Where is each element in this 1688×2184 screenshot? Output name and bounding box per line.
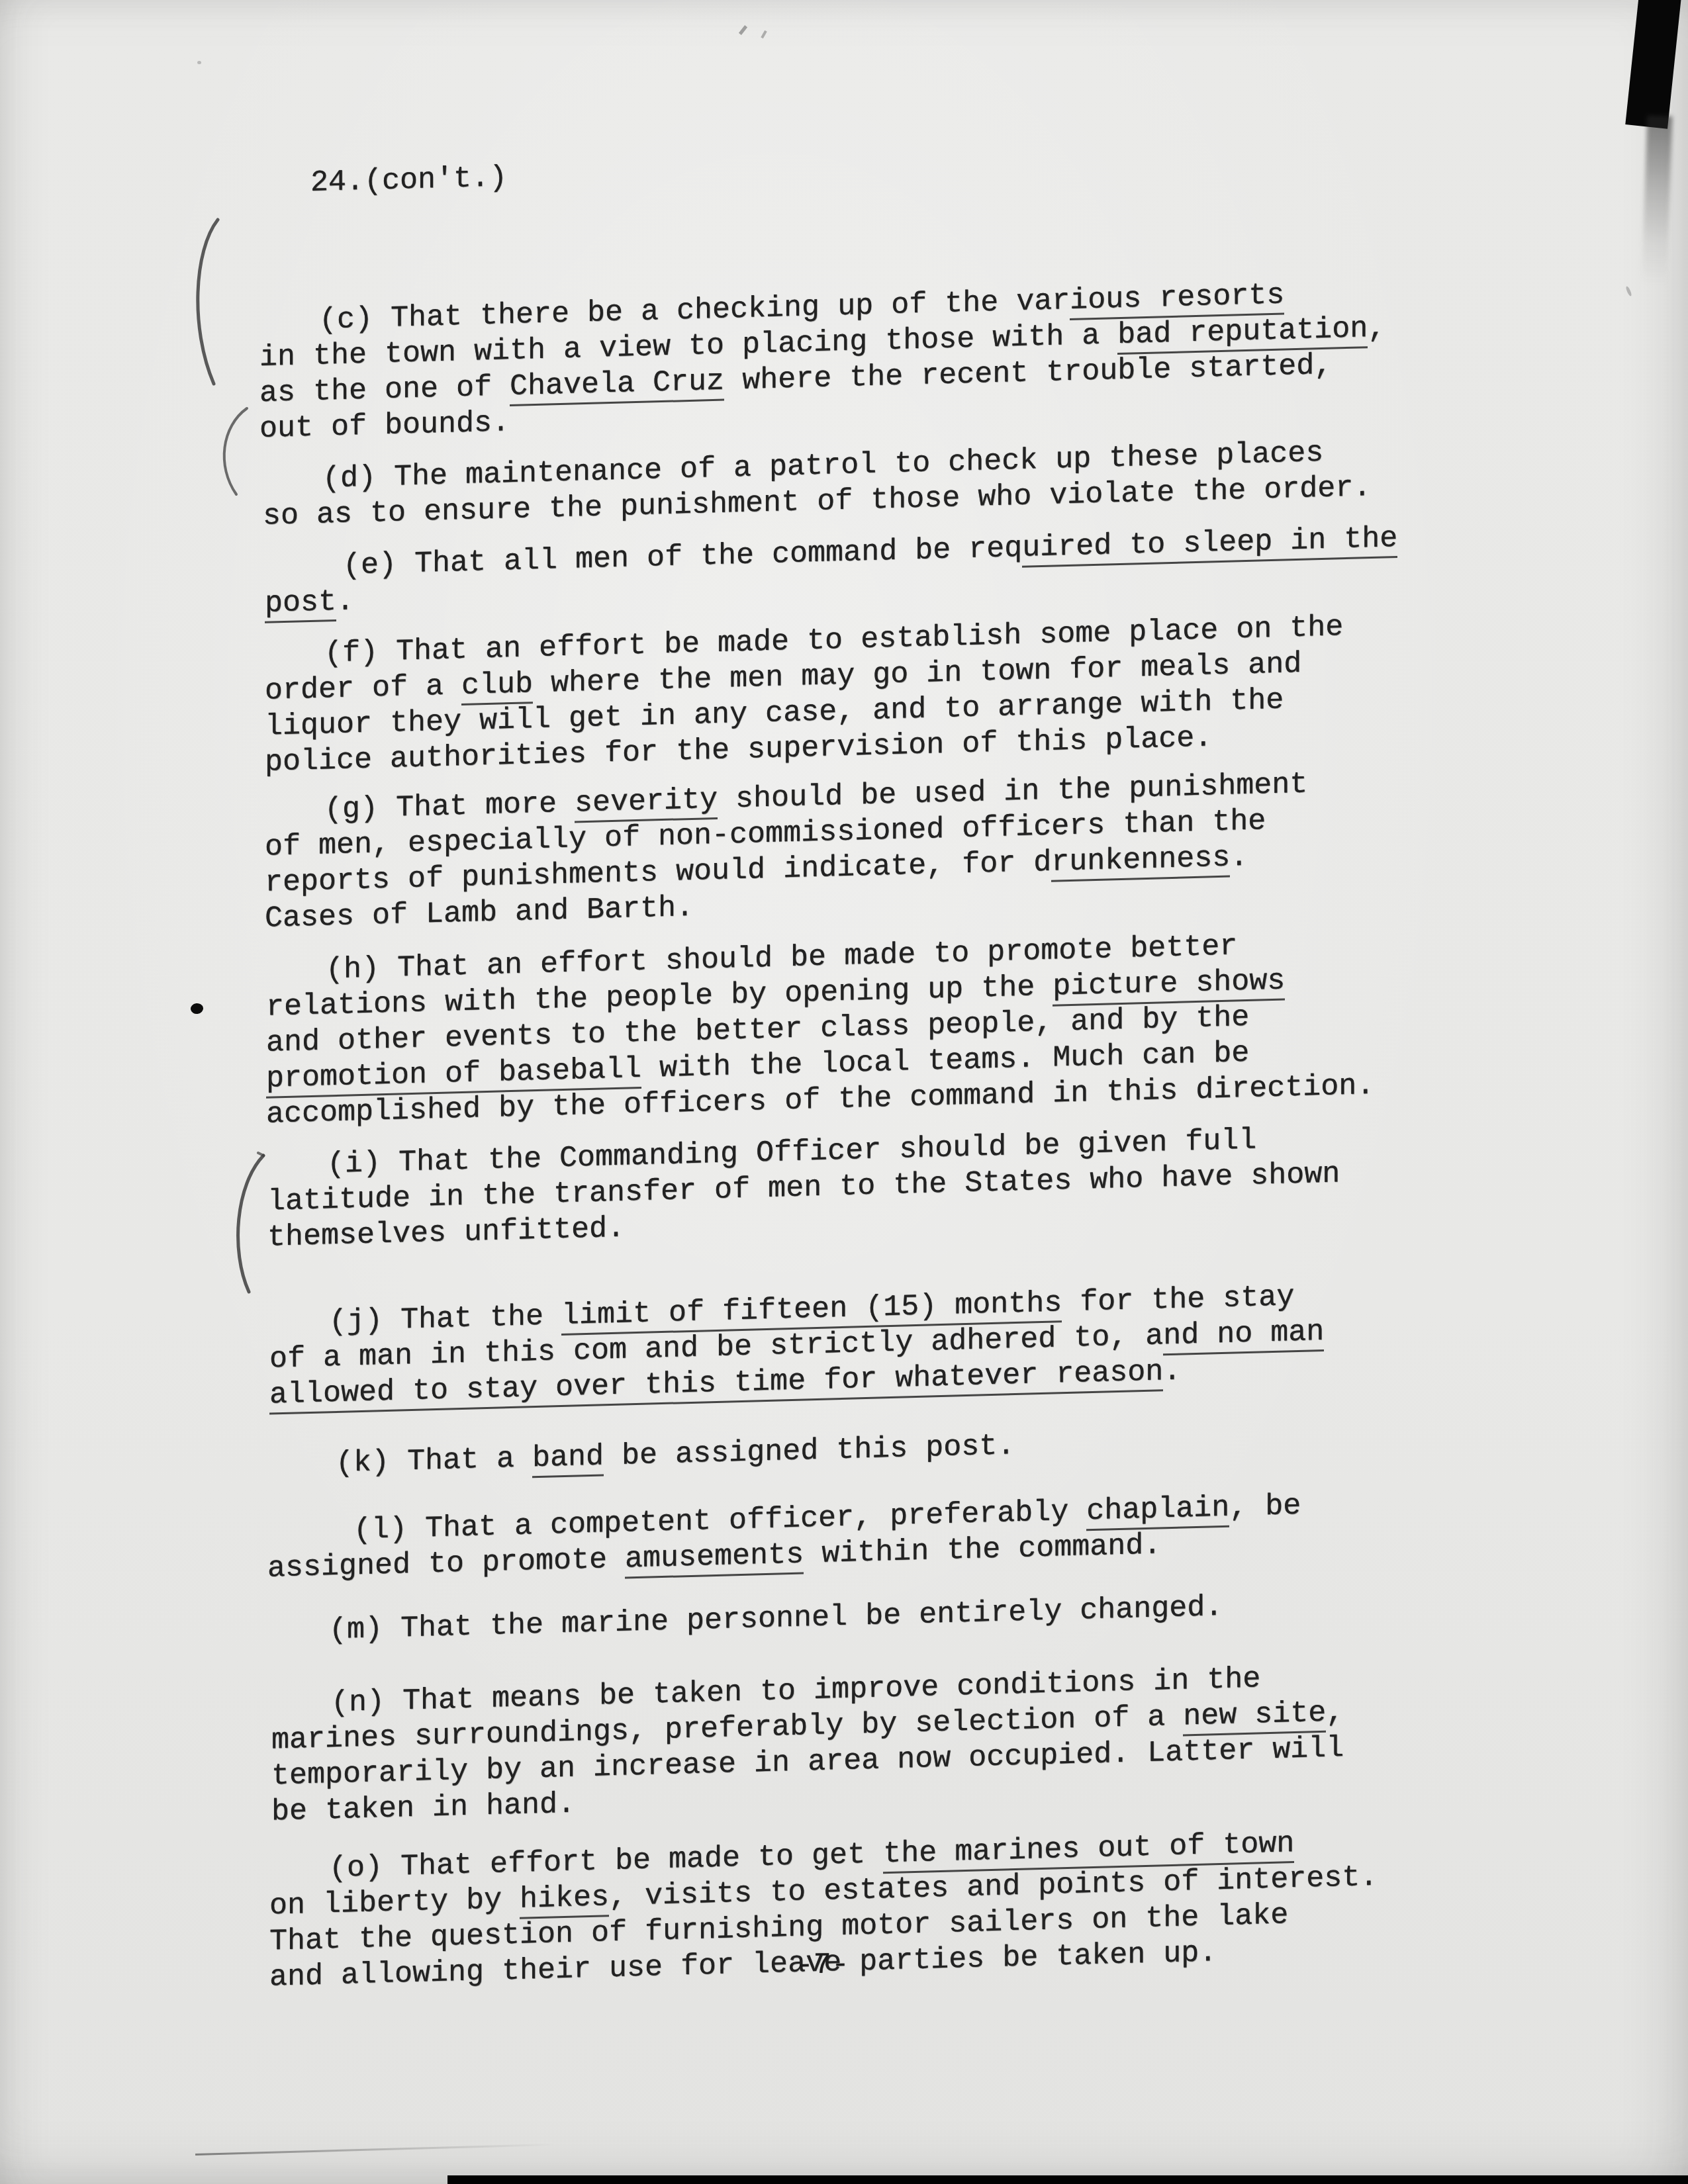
scan-speck (739, 25, 747, 35)
text-segment: . (1163, 1355, 1181, 1389)
paragraph-m: (m) That the marine personnel be entirel… (269, 1580, 1583, 1651)
section-heading: 24.(con't.) (310, 132, 1583, 201)
paragraph-c: (c) That there be a checking up of the v… (259, 270, 1583, 447)
scan-speck (197, 61, 201, 64)
pencil-paren-mark-c (187, 216, 223, 388)
underlined-phrase: band (532, 1439, 604, 1478)
margin-bullet-dot (190, 1003, 204, 1015)
text-segment: , be (1229, 1489, 1301, 1525)
paragraph-f: (f) That an effort be made to establish … (265, 604, 1583, 781)
paragraph-l: (l) That a competent officer, preferably… (267, 1481, 1583, 1587)
text-segment: order of a (265, 669, 461, 708)
page-number: -7- (795, 1948, 849, 1983)
text-line: (m) That the marine personnel be entirel… (269, 1580, 1583, 1651)
underlined-phrase: picture shows (1053, 964, 1285, 1006)
text-segment: (j) That the (329, 1299, 561, 1339)
text-segment: be assigned this post. (604, 1429, 1015, 1473)
paragraph-d: (d) The maintenance of a patrol to check… (263, 429, 1583, 535)
document-text-block: 24.(con't.) (c) That there be a checking… (259, 61, 1583, 2068)
text-segment: , (1368, 311, 1385, 345)
underlined-phrase: nd no man (1163, 1315, 1324, 1355)
text-segment: on liberty by (269, 1883, 520, 1923)
text-segment: out of bounds. (259, 406, 510, 446)
text-line: (k) That a band be assigned this post. (269, 1414, 1583, 1484)
underlined-phrase: Chavela Cruz (510, 365, 724, 406)
underlined-phrase: post (265, 585, 336, 623)
text-segment: , (1326, 1696, 1344, 1730)
text-segment: be taken in hand. (271, 1788, 575, 1829)
pencil-paren-mark-e (214, 405, 251, 498)
paragraph-n: (n) That means be taken to improve condi… (271, 1653, 1583, 1831)
text-segment: (g) That more (324, 787, 575, 827)
scanned-document-page: 24.(con't.) (c) That there be a checking… (0, 0, 1688, 2184)
text-segment: as the one of (259, 370, 510, 410)
paragraph-e: (e) That all men of the command be requi… (265, 516, 1583, 622)
scan-speck (761, 30, 767, 38)
underlined-phrase: runkenness (1051, 841, 1230, 882)
text-segment: . (336, 584, 354, 619)
underlined-phrase: hikes (520, 1880, 609, 1919)
paragraph-g: (g) That more severity should be used in… (265, 760, 1583, 937)
underlined-phrase: new site (1183, 1696, 1326, 1737)
underlined-phrase: severity (575, 783, 718, 823)
text-segment: (k) That a (336, 1441, 532, 1480)
scan-artifact-corner-streak (1642, 115, 1673, 285)
underlined-phrase: amusements (625, 1537, 804, 1578)
paragraph-i: (i) That the Commanding Officer should b… (267, 1115, 1583, 1256)
paragraph-list: (c) That there be a checking up of the v… (259, 270, 1583, 1996)
pencil-paren-mark-j (229, 1152, 267, 1296)
paragraph-o: (o) That effort be made to get the marin… (269, 1819, 1583, 1996)
scan-speck (1625, 286, 1632, 297)
paragraph-h: (h) That an effort should be made to pro… (266, 920, 1583, 1133)
text-segment: (m) That the marine personnel be entirel… (329, 1590, 1223, 1647)
paragraph-k: (k) That a band be assigned this post. (269, 1414, 1583, 1484)
text-segment: . (1230, 841, 1248, 875)
scan-artifact-bottom-band (447, 2175, 1688, 2184)
scan-artifact-corner-bar (1625, 0, 1681, 129)
underlined-phrase: club (461, 667, 533, 705)
paragraph-j: (j) That the limit of fifteen (15) month… (269, 1272, 1583, 1414)
underlined-phrase: chaplain (1086, 1491, 1229, 1531)
scan-artifact-bottom-line (195, 2144, 556, 2156)
text-segment: for the stay (1062, 1280, 1294, 1320)
